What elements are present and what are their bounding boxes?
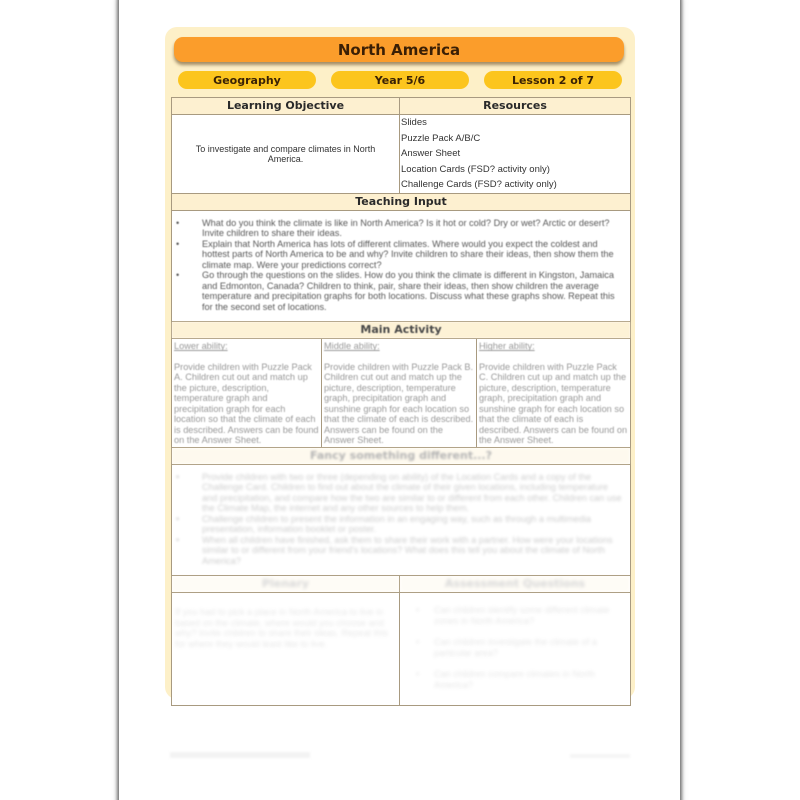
lower-ability-text: Provide children with Puzzle Pack A. Chi… (174, 362, 319, 446)
resource-item: Challenge Cards (FSD? activity only) (400, 177, 630, 193)
assessment-item: Can children identify some different cli… (418, 605, 628, 626)
lesson-plan-table: Learning Objective Resources To investig… (171, 97, 631, 706)
fancy-bullet: Challenge children to present the inform… (190, 514, 624, 535)
subject-pill: Geography (178, 71, 316, 89)
assessment-header: Assessment Questions (400, 576, 631, 593)
footer-left-faint (170, 752, 310, 758)
learning-objective-header: Learning Objective (172, 98, 400, 115)
teaching-input-body: What do you think the climate is like in… (172, 210, 631, 322)
teaching-bullet: Go through the questions on the slides. … (190, 270, 624, 312)
fancy-bullet: Provide children with two or three (depe… (190, 472, 624, 514)
assessment-item: Can children compare climates in North A… (418, 669, 628, 690)
middle-ability-text: Provide children with Puzzle Pack B. Chi… (324, 362, 473, 446)
resources-list: Slides Puzzle Pack A/B/C Answer Sheet Lo… (400, 115, 631, 194)
higher-ability-cell: Higher ability:Provide children with Puz… (477, 339, 631, 448)
resource-item: Location Cards (FSD? activity only) (400, 162, 630, 178)
year-pill: Year 5/6 (331, 71, 469, 89)
teaching-input-header: Teaching Input (172, 193, 631, 210)
fancy-body: Provide children with two or three (depe… (172, 464, 631, 576)
lesson-number-pill: Lesson 2 of 7 (484, 71, 622, 89)
resources-header: Resources (400, 98, 631, 115)
resource-item: Slides (400, 115, 630, 131)
assessment-item: Can children investigate the climate of … (418, 637, 628, 658)
teaching-bullet: Explain that North America has lots of d… (190, 239, 624, 271)
teaching-bullet: What do you think the climate is like in… (190, 218, 624, 239)
footer-right-faint (570, 754, 630, 758)
resource-item: Puzzle Pack A/B/C (400, 131, 630, 147)
resource-item: Answer Sheet (400, 146, 630, 162)
middle-ability-cell: Middle ability:Provide children with Puz… (322, 339, 477, 448)
plenary-header: Plenary (172, 576, 400, 593)
lower-ability-label: Lower ability: (174, 341, 319, 352)
lesson-title: North America (174, 37, 624, 62)
higher-ability-text: Provide children with Puzzle Pack C. Chi… (479, 362, 627, 446)
fancy-header: Fancy something different...? (172, 447, 631, 464)
plenary-text: If you had to pick a place in North Amer… (172, 593, 400, 706)
lower-ability-cell: Lower ability:Provide children with Puzz… (172, 339, 322, 448)
higher-ability-label: Higher ability: (479, 341, 628, 352)
main-activity-header: Main Activity (172, 322, 631, 339)
assessment-list: Can children identify some different cli… (400, 593, 631, 706)
fancy-bullet: When all children have finished, ask the… (190, 535, 624, 567)
learning-objective-text: To investigate and compare climates in N… (172, 115, 400, 194)
middle-ability-label: Middle ability: (324, 341, 474, 352)
